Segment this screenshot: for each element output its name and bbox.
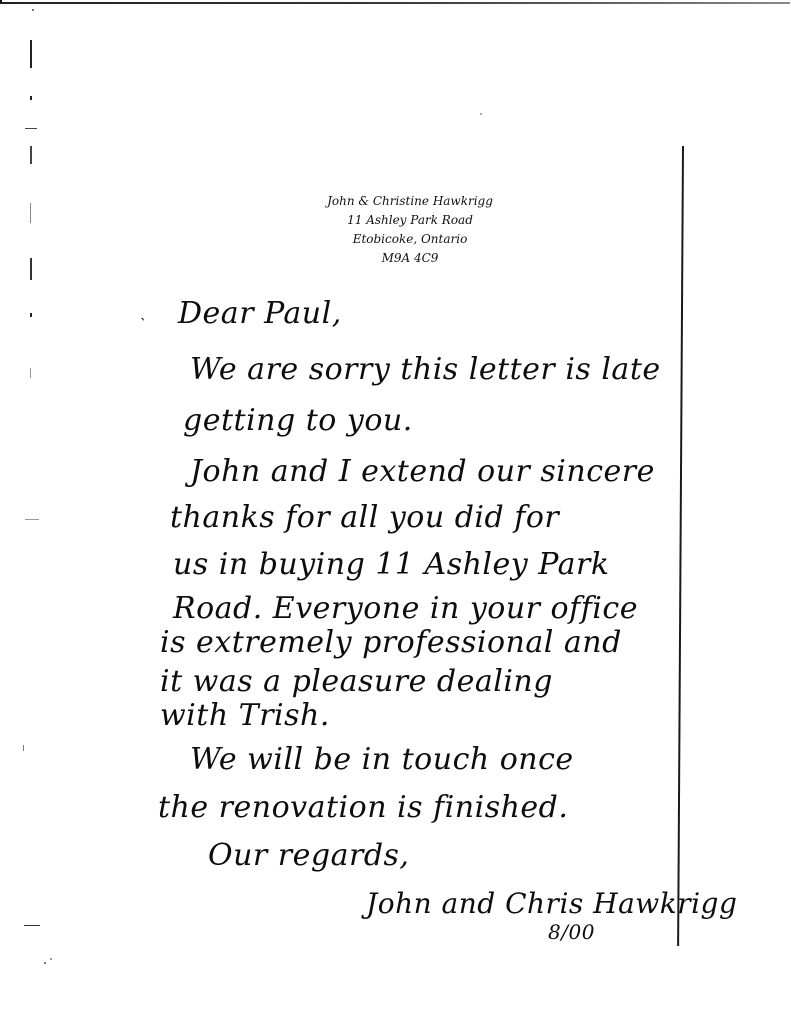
body-line: We are sorry this letter is late xyxy=(190,352,661,387)
salutation: Dear Paul, xyxy=(178,296,342,331)
body-line: We will be in touch once xyxy=(190,742,574,777)
margin-mark xyxy=(25,519,39,520)
margin-mark xyxy=(30,203,31,223)
margin-mark xyxy=(25,128,37,129)
letterhead-city: Etobicoke, Ontario xyxy=(300,230,520,249)
margin-mark xyxy=(30,368,31,378)
body-line: is extremely professional and xyxy=(160,625,622,660)
body-line: with Trish. xyxy=(160,698,330,733)
body-line: it was a pleasure dealing xyxy=(160,664,553,699)
body-line: getting to you. xyxy=(183,403,413,438)
scan-speck xyxy=(44,962,46,964)
right-margin-line xyxy=(677,146,684,946)
scan-speck xyxy=(480,113,482,115)
stray-mark: ˎ xyxy=(140,302,146,322)
body-line: John and I extend our sincere xyxy=(190,454,655,489)
scan-speck xyxy=(50,958,52,960)
body-line: thanks for all you did for xyxy=(170,500,559,535)
margin-mark xyxy=(30,258,32,280)
letterhead: John & Christine Hawkrigg 11 Ashley Park… xyxy=(300,192,520,268)
closing: Our regards, xyxy=(208,838,409,873)
margin-mark xyxy=(30,313,32,317)
margin-mark xyxy=(30,40,32,68)
margin-mark xyxy=(30,96,32,100)
letterhead-street: 11 Ashley Park Road xyxy=(300,211,520,230)
letterhead-names: John & Christine Hawkrigg xyxy=(300,192,520,211)
body-line: us in buying 11 Ashley Park xyxy=(173,547,610,582)
body-line: Road. Everyone in your office xyxy=(173,591,638,626)
scan-speck xyxy=(32,9,34,11)
letterhead-postal-code: M9A 4C9 xyxy=(300,249,520,268)
margin-mark xyxy=(24,925,40,926)
body-line: the renovation is finished. xyxy=(158,790,568,825)
margin-mark xyxy=(30,146,32,164)
scan-top-edge xyxy=(0,2,790,4)
signature: John and Chris Hawkrigg xyxy=(366,887,737,920)
letter-date: 8/00 xyxy=(548,920,595,944)
margin-mark xyxy=(23,745,24,751)
